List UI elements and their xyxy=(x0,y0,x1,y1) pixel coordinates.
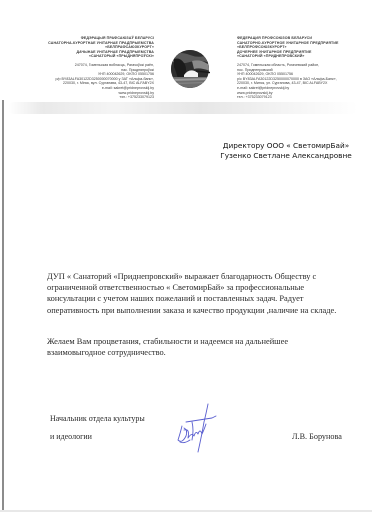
signatory-title-line1: Начальник отдела культуры xyxy=(50,414,145,423)
handwritten-signature-icon xyxy=(172,400,228,460)
addressee-name: Гузенко Светлане Александровне xyxy=(200,151,372,161)
letterhead-divider-band xyxy=(8,102,358,114)
addressee-block: Директору ООО « СветомирБай» Гузенко Све… xyxy=(200,141,372,161)
letterhead-belarusian: ФЕДЭРАЦЫЯ ПРАФСАЮЗАЎ БЕЛАРУСІ САНАТОРНА-… xyxy=(40,36,154,100)
sanatorium-emblem-icon xyxy=(170,49,210,89)
signatory-title-line2: и идеологии xyxy=(50,432,92,441)
gratitude-paragraph: ДУП « Санаторий «Приднепровский» выражае… xyxy=(47,271,347,316)
addressee-position: Директору ООО « СветомирБай» xyxy=(200,141,372,151)
scan-edge-line xyxy=(2,100,4,510)
letterhead-russian: ФЕДЕРАЦИЯ ПРОФСОЮЗОВ БЕЛАРУСИ САНАТОРНО-… xyxy=(237,36,367,100)
letter-page: ФЕДЭРАЦЫЯ ПРАФСАЮЗАЎ БЕЛАРУСІ САНАТОРНА-… xyxy=(0,0,372,512)
signatory-name: Л.В. Борунова xyxy=(292,432,342,441)
letterhead-phone: тэл.: +375233079123 xyxy=(40,95,154,100)
letterhead-phone: тел.: +375233079123 xyxy=(237,95,367,100)
wishes-paragraph: Желаем Вам процветания, стабильности и н… xyxy=(47,336,347,358)
